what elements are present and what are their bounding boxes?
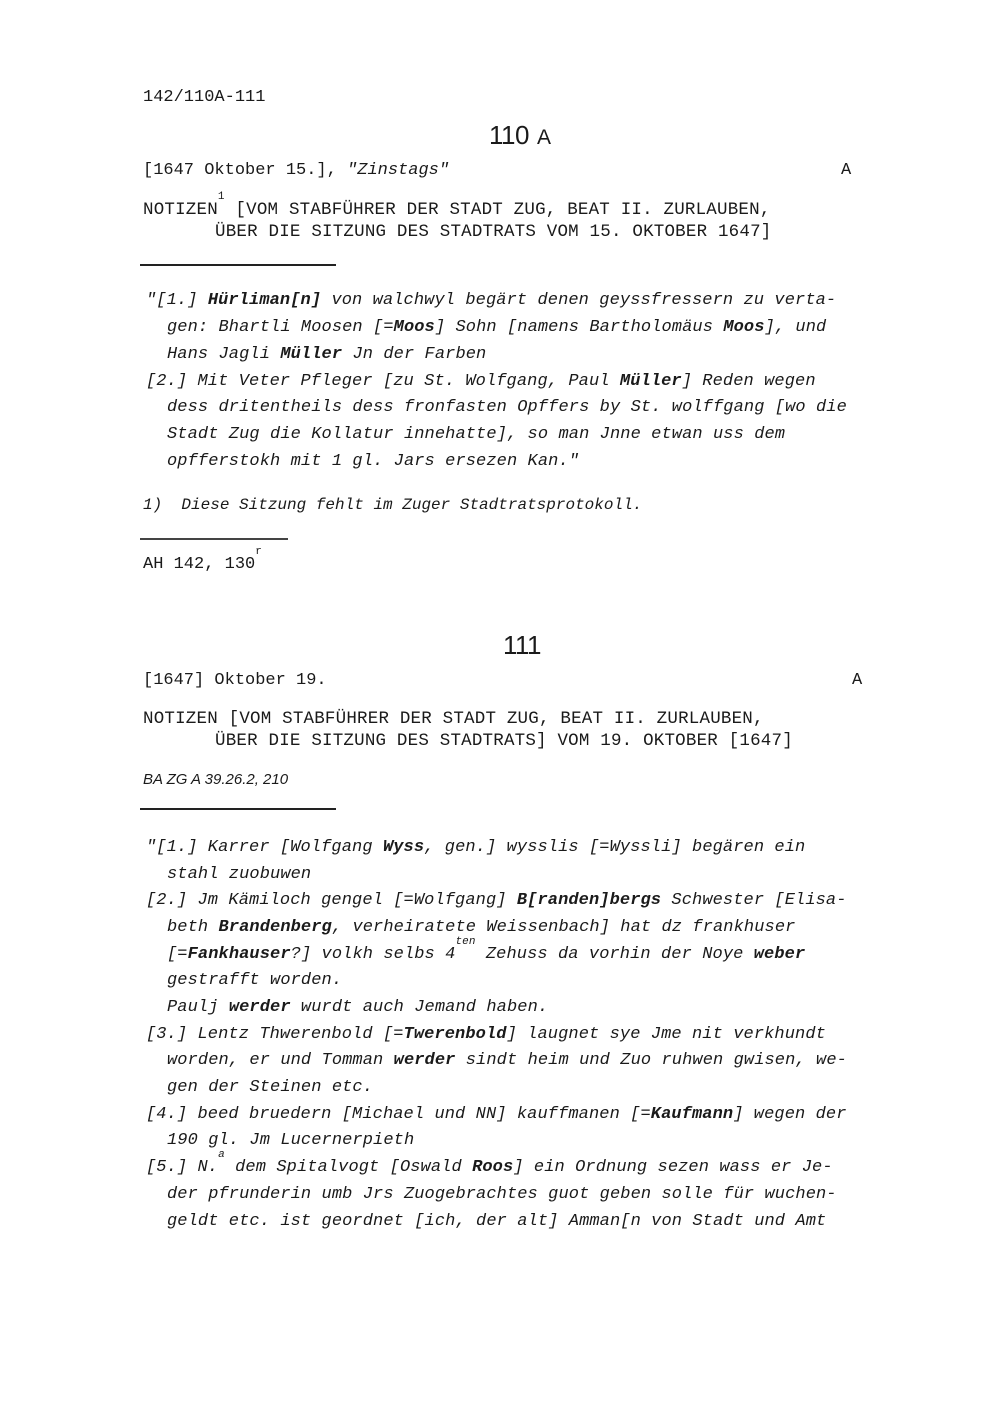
date-text: [1647 Oktober 15.], [143,161,347,180]
text-segment: stahl zuobuwen [167,865,311,884]
text-segment: , gen.] wysslis [=Wyssli] begären ein [424,838,805,857]
text-segment: , verheiratete Weissenbach] hat dz frank… [332,918,796,937]
text-segment: ] Sohn [namens Bartholomäus [435,318,723,337]
text-segment: [2.] Mit Veter Pfleger [zu St. Wolfgang,… [146,372,620,391]
body-line: [2.] Jm Kämiloch gengel [=Wolfgang] B[ra… [146,891,847,910]
text-segment: [4.] beed bruedern [Michael und NN] kauf… [146,1105,651,1124]
page-header-reference: 142/110A-111 [143,88,265,107]
text-segment: ], und [765,318,827,337]
body-line: [3.] Lentz Thwerenbold [=Twerenbold] lau… [146,1025,826,1044]
name-emphasis: werder [394,1051,456,1070]
title-text: NOTIZEN [143,200,218,220]
entry-110a-source: AH 142, 130r [143,555,262,574]
body-line: gestrafft worden. [167,971,342,990]
text-segment: 190 gl. Jm Lucernerpieth [167,1131,414,1150]
entry-111-date: [1647] Oktober 19. [143,671,327,690]
body-line: 190 gl. Jm Lucernerpieth [167,1131,414,1150]
text-segment: Stadt Zug die Kollatur innehatte], so ma… [167,425,785,444]
text-segment: [3.] Lentz Thwerenbold [= [146,1025,404,1044]
entry-110a-title-line2: ÜBER DIE SITZUNG DES STADTRATS VOM 15. O… [215,222,772,242]
footnote-1: 1) Diese Sitzung fehlt im Zuger Stadtrat… [143,496,642,514]
body-line: Stadt Zug die Kollatur innehatte], so ma… [167,425,785,444]
text-segment: [5.] N. [146,1158,218,1177]
text-segment: worden, er und Tomman [167,1051,394,1070]
name-emphasis: Müller [620,372,682,391]
entry-111-number: 111 [503,630,541,661]
body-line: worden, er und Tomman werder sindt heim … [167,1051,847,1070]
name-emphasis: Roos [472,1158,513,1177]
section-divider [140,264,336,266]
body-line: [=Fankhauser?] volkh selbs 4ten Zehuss d… [167,945,805,964]
source-sup: r [255,546,262,558]
text-segment: dem Spitalvogt [Oswald [225,1158,472,1177]
text-segment: wurdt auch Jemand haben. [291,998,549,1017]
date-italic-text: "Zinstags" [347,161,449,180]
body-line: gen der Steinen etc. [167,1078,373,1097]
body-line: gen: Bhartli Moosen [=Moos] Sohn [namens… [167,318,826,337]
superscript: ten [455,936,475,948]
body-line: Hans Jagli Müller Jn der Farben [167,345,486,364]
text-segment: sindt heim und Zuo ruhwen gwisen, we- [455,1051,846,1070]
text-segment: Schwester [Elisa- [661,891,846,910]
entry-111-source: BA ZG A 39.26.2, 210 [143,771,288,788]
text-segment: der pfrunderin umb Jrs Zuogebrachtes guo… [167,1185,837,1204]
body-line: beth Brandenberg, verheiratete Weissenba… [167,918,795,937]
entry-110a-date: [1647 Oktober 15.], "Zinstags" [143,161,449,180]
text-segment: Zehuss da vorhin der Noye [476,945,754,964]
body-line: Paulj werder wurdt auch Jemand haben. [167,998,548,1017]
entry-110a-title-line1: NOTIZEN1 [VOM STABFÜHRER DER STADT ZUG, … [143,200,771,220]
text-segment: von walchwyl begärt denen geyssfressern … [321,291,836,310]
body-line: dess dritentheils dess fronfasten Opffer… [167,398,847,417]
name-emphasis: Hürliman[n] [208,291,321,310]
name-emphasis: B[randen]bergs [517,891,661,910]
name-emphasis: Twerenbold [404,1025,507,1044]
body-line: geldt etc. ist geordnet [ich, der alt] A… [167,1212,826,1231]
text-segment: "[1.] [146,291,208,310]
text-segment: Hans Jagli [167,345,280,364]
text-segment: gen: Bhartli Moosen [= [167,318,394,337]
text-segment: ?] volkh selbs 4 [291,945,456,964]
text-segment: opfferstokh mit 1 gl. Jars ersezen Kan." [167,452,579,471]
name-emphasis: Kaufmann [651,1105,733,1124]
text-segment: geldt etc. ist geordnet [ich, der alt] A… [167,1212,826,1231]
body-line: [5.] N.a dem Spitalvogt [Oswald Roos] ei… [146,1158,833,1177]
footnote-ref-1[interactable]: 1 [218,191,225,203]
text-segment: ] ein Ordnung sezen wass er Je- [513,1158,832,1177]
name-emphasis: werder [229,998,291,1017]
body-line: opfferstokh mit 1 gl. Jars ersezen Kan." [167,452,579,471]
entry-number: 110 [489,120,529,150]
name-emphasis: Moos [394,318,435,337]
name-emphasis: Müller [280,345,342,364]
text-segment: ] Reden wegen [682,372,816,391]
text-segment: [2.] Jm Kämiloch gengel [=Wolfgang] [146,891,517,910]
name-emphasis: Wyss [383,838,424,857]
text-segment: [= [167,945,188,964]
superscript: a [218,1149,225,1161]
body-line: der pfrunderin umb Jrs Zuogebrachtes guo… [167,1185,837,1204]
body-line: [4.] beed bruedern [Michael und NN] kauf… [146,1105,847,1124]
text-segment: ] laugnet sye Jme nit verkhundt [507,1025,826,1044]
body-line: [2.] Mit Veter Pfleger [zu St. Wolfgang,… [146,372,816,391]
title-text: [VOM STABFÜHRER DER STADT ZUG, BEAT II. … [225,200,771,220]
entry-110a-marker: A [841,161,851,180]
body-line: "[1.] Hürliman[n] von walchwyl begärt de… [146,291,836,310]
name-emphasis: Moos [723,318,764,337]
body-line: stahl zuobuwen [167,865,311,884]
entry-111-marker: A [852,671,862,690]
name-emphasis: weber [754,945,806,964]
name-emphasis: Brandenberg [219,918,332,937]
body-line: "[1.] Karrer [Wolfgang Wyss, gen.] wyssl… [146,838,805,857]
text-segment: dess dritentheils dess fronfasten Opffer… [167,398,847,417]
text-segment: Paulj [167,998,229,1017]
text-segment: "[1.] Karrer [Wolfgang [146,838,383,857]
source-text: AH 142, 130 [143,555,255,574]
section-divider [140,808,336,810]
entry-111-title-line2: ÜBER DIE SITZUNG DES STADTRATS] VOM 19. … [215,731,793,751]
text-segment: ] wegen der [733,1105,846,1124]
text-segment: Jn der Farben [342,345,486,364]
footnote-divider [140,538,288,540]
text-segment: gestrafft worden. [167,971,342,990]
entry-111-title-line1: NOTIZEN [VOM STABFÜHRER DER STADT ZUG, B… [143,709,764,729]
name-emphasis: Fankhauser [188,945,291,964]
entry-110a-number: 110A [489,120,550,151]
entry-number-suffix: A [537,126,551,149]
text-segment: gen der Steinen etc. [167,1078,373,1097]
text-segment: beth [167,918,219,937]
